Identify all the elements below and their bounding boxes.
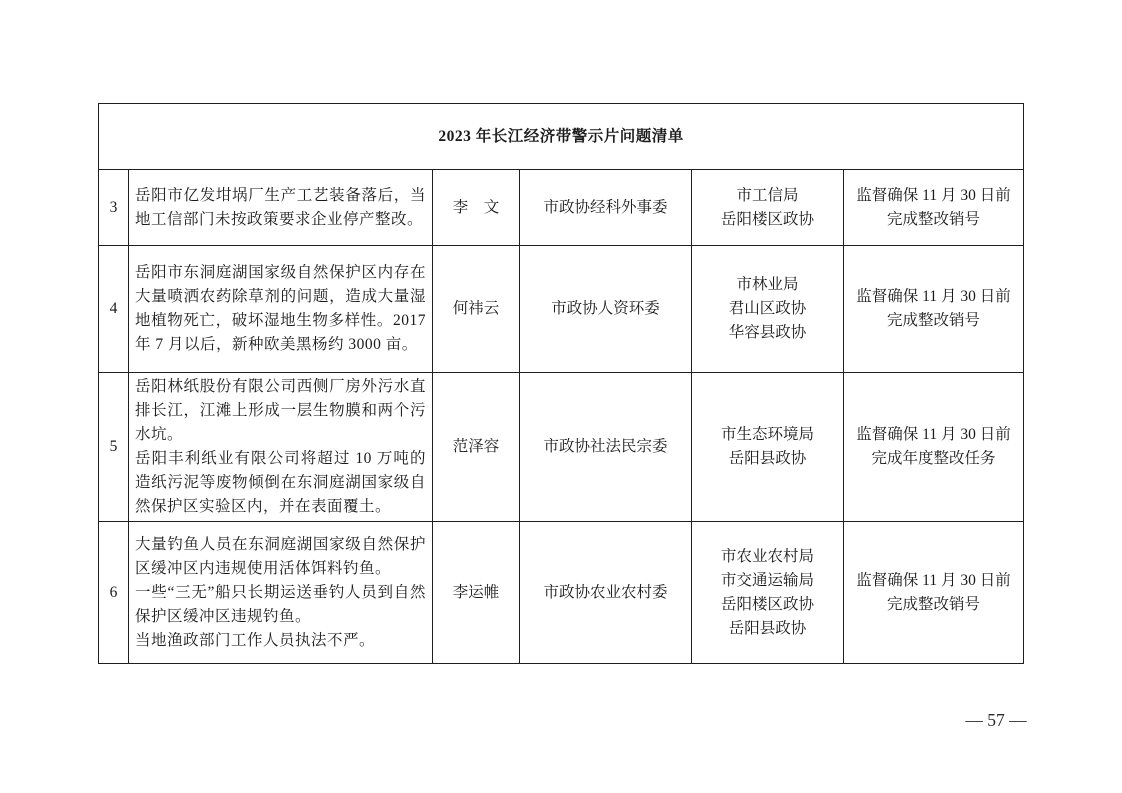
problem-cell: 岳阳林纸股份有限公司西侧厂房外污水直排长江，江滩上形成一层生物膜和两个污水坑。 … [129,373,433,522]
supervision-cell: 监督确保 11 月 30 日前完成整改销号 [844,246,1024,373]
proposer-cell: 李 文 [433,170,520,246]
table-title: 2023 年长江经济带警示片问题清单 [99,104,1024,170]
table-row: 4 岳阳市东洞庭湖国家级自然保护区内存在大量喷洒农药除草剂的问题，造成大量湿地植… [99,246,1024,373]
department-cell: 市林业局 君山区政协 华容县政协 [692,246,844,373]
issue-list-table: 2023 年长江经济带警示片问题清单 3 岳阳市亿发坩埚厂生产工艺装备落后，当地… [98,103,1024,664]
department-cell: 市工信局 岳阳楼区政协 [692,170,844,246]
supervision-cell: 监督确保 11 月 30 日前完成整改销号 [844,522,1024,664]
document-page: 2023 年长江经济带警示片问题清单 3 岳阳市亿发坩埚厂生产工艺装备落后，当地… [0,0,1122,793]
supervision-cell: 监督确保 11 月 30 日前完成整改销号 [844,170,1024,246]
committee-cell: 市政协人资环委 [520,246,692,373]
problem-cell: 岳阳市亿发坩埚厂生产工艺装备落后，当地工信部门未按政策要求企业停产整改。 [129,170,433,246]
table-row: 6 大量钓鱼人员在东洞庭湖国家级自然保护区缓冲区内违规使用活体饵料钓鱼。 一些“… [99,522,1024,664]
committee-cell: 市政协经科外事委 [520,170,692,246]
supervision-cell: 监督确保 11 月 30 日前完成年度整改任务 [844,373,1024,522]
department-cell: 市生态环境局 岳阳县政协 [692,373,844,522]
proposer-cell: 范泽容 [433,373,520,522]
problem-cell: 大量钓鱼人员在东洞庭湖国家级自然保护区缓冲区内违规使用活体饵料钓鱼。 一些“三无… [129,522,433,664]
table-row: 5 岳阳林纸股份有限公司西侧厂房外污水直排长江，江滩上形成一层生物膜和两个污水坑… [99,373,1024,522]
committee-cell: 市政协社法民宗委 [520,373,692,522]
committee-cell: 市政协农业农村委 [520,522,692,664]
proposer-cell: 李运帷 [433,522,520,664]
table-row: 3 岳阳市亿发坩埚厂生产工艺装备落后，当地工信部门未按政策要求企业停产整改。 李… [99,170,1024,246]
page-number: — 57 — [941,710,1051,731]
row-number-cell: 4 [99,246,129,373]
problem-cell: 岳阳市东洞庭湖国家级自然保护区内存在大量喷洒农药除草剂的问题，造成大量湿地植物死… [129,246,433,373]
proposer-cell: 何祎云 [433,246,520,373]
table-title-row: 2023 年长江经济带警示片问题清单 [99,104,1024,170]
row-number-cell: 6 [99,522,129,664]
row-number-cell: 5 [99,373,129,522]
department-cell: 市农业农村局 市交通运输局 岳阳楼区政协 岳阳县政协 [692,522,844,664]
row-number-cell: 3 [99,170,129,246]
